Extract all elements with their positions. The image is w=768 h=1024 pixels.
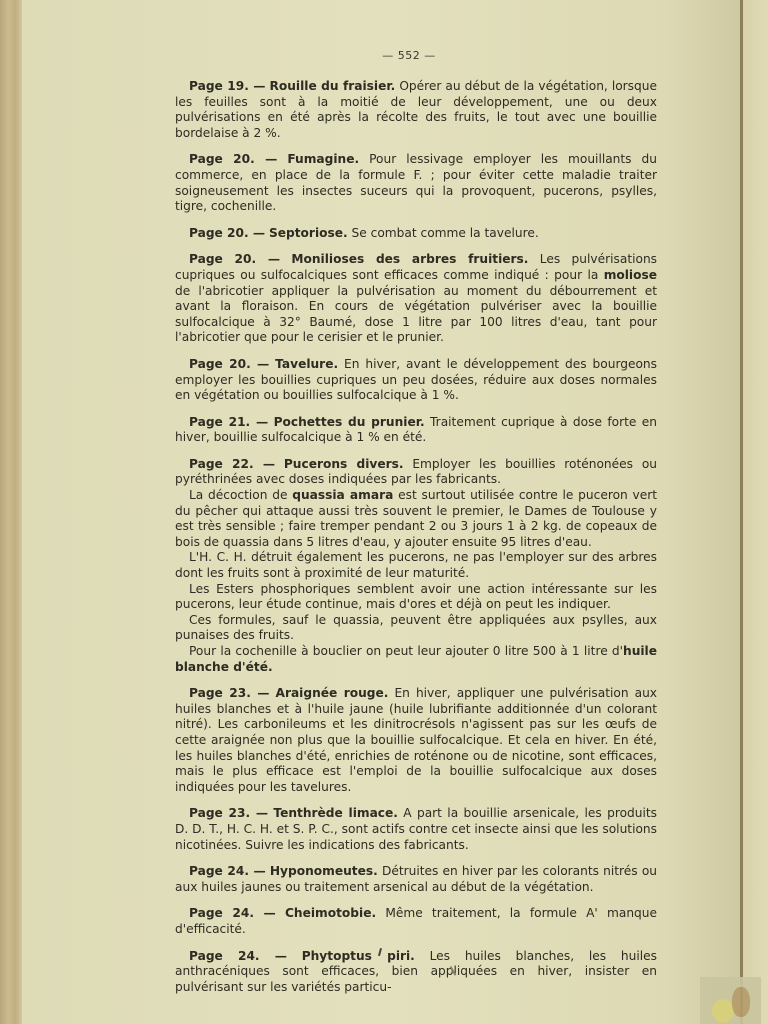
entry-cheimotobie: Page 24. — Cheimotobie. Même traitement,… bbox=[175, 906, 657, 937]
entry-title: Pucerons divers. bbox=[284, 457, 404, 471]
book-binding-edge bbox=[0, 0, 22, 1024]
page-reference: Page 22. — bbox=[189, 457, 275, 471]
paragraph-text: La décoction de bbox=[189, 488, 287, 502]
page-reference: Page 20. — bbox=[189, 152, 277, 166]
entry-rouille-du-fraisier: Page 19. — Rouille du fraisier. Opérer a… bbox=[175, 79, 657, 141]
page-reference: Page 24. — bbox=[189, 864, 266, 878]
entry-title: Hyponomeutes. bbox=[270, 864, 378, 878]
document-body: Page 19. — Rouille du fraisier. Opérer a… bbox=[175, 79, 657, 1006]
entry-text: de l'abricotier appliquer la pulvérisati… bbox=[175, 284, 657, 345]
next-page-edge bbox=[743, 0, 768, 1024]
page-number: — 552 — bbox=[0, 49, 768, 62]
page-reference: Page 21. — bbox=[189, 415, 268, 429]
paragraph-formules: Ces formules, sauf le quassia, peuvent ê… bbox=[175, 613, 657, 644]
page-reference: Page 24. — bbox=[189, 906, 276, 920]
entry-tavelure: Page 20. — Tavelure. En hiver, avant le … bbox=[175, 357, 657, 404]
entry-araignee-rouge: Page 23. — Araignée rouge. En hiver, app… bbox=[175, 686, 657, 795]
page-reference: Page 20. — bbox=[189, 252, 280, 266]
entry-text: Se combat comme la tavelure. bbox=[352, 226, 539, 240]
entry-pucerons-divers: Page 22. — Pucerons divers. Employer les… bbox=[175, 457, 657, 675]
paragraph-text: Pour la cochenille à bouclier on peut le… bbox=[189, 644, 623, 658]
entry-phytoptus-piri: Page 24. — Phytoptus piri. Les huiles bl… bbox=[175, 949, 657, 996]
entry-title: Tavelure. bbox=[275, 357, 338, 371]
entry-title: Monilioses des arbres fruitiers. bbox=[291, 252, 528, 266]
entry-text: En hiver, appliquer une pulvérisation au… bbox=[175, 686, 657, 794]
paragraph-hch: L'H. C. H. détruit également les puceron… bbox=[175, 550, 657, 581]
paragraph-quassia: La décoction de quassia amara est surtou… bbox=[175, 488, 657, 550]
entry-title: Rouille du fraisier. bbox=[269, 79, 395, 93]
entry-title: Araignée rouge. bbox=[276, 686, 389, 700]
entry-title: Phytoptus piri. bbox=[302, 949, 415, 963]
emphasis-term: quassia amara bbox=[292, 488, 393, 502]
page-reference: Page 24. — bbox=[189, 949, 287, 963]
entry-title: Tenthrède limace. bbox=[273, 806, 398, 820]
entry-title: Septoriose. bbox=[269, 226, 348, 240]
entry-pochettes-du-prunier: Page 21. — Pochettes du prunier. Traitem… bbox=[175, 415, 657, 446]
entry-fumagine: Page 20. — Fumagine. Pour lessivage empl… bbox=[175, 152, 657, 214]
page-reference: Page 23. — bbox=[189, 686, 269, 700]
entry-monilioses: Page 20. — Monilioses des arbres fruitie… bbox=[175, 252, 657, 346]
corner-thumbnail-image bbox=[700, 977, 761, 1024]
page-reference: Page 23. — bbox=[189, 806, 268, 820]
entry-title: Pochettes du prunier. bbox=[274, 415, 425, 429]
entry-title: Cheimotobie. bbox=[285, 906, 376, 920]
page-reference: Page 19. — bbox=[189, 79, 265, 93]
entry-septoriose: Page 20. — Septoriose. Se combat comme l… bbox=[175, 226, 657, 242]
paragraph-cochenille: Pour la cochenille à bouclier on peut le… bbox=[175, 644, 657, 675]
page-reference: Page 20. — bbox=[189, 226, 265, 240]
emphasis-term: moliose bbox=[604, 268, 657, 282]
entry-title: Fumagine. bbox=[287, 152, 359, 166]
entry-tenthrede-limace: Page 23. — Tenthrède limace. A part la b… bbox=[175, 806, 657, 853]
paragraph-esters: Les Esters phosphoriques semblent avoir … bbox=[175, 582, 657, 613]
page-reference: Page 20. — bbox=[189, 357, 269, 371]
entry-hyponomeutes: Page 24. — Hyponomeutes. Détruites en hi… bbox=[175, 864, 657, 895]
